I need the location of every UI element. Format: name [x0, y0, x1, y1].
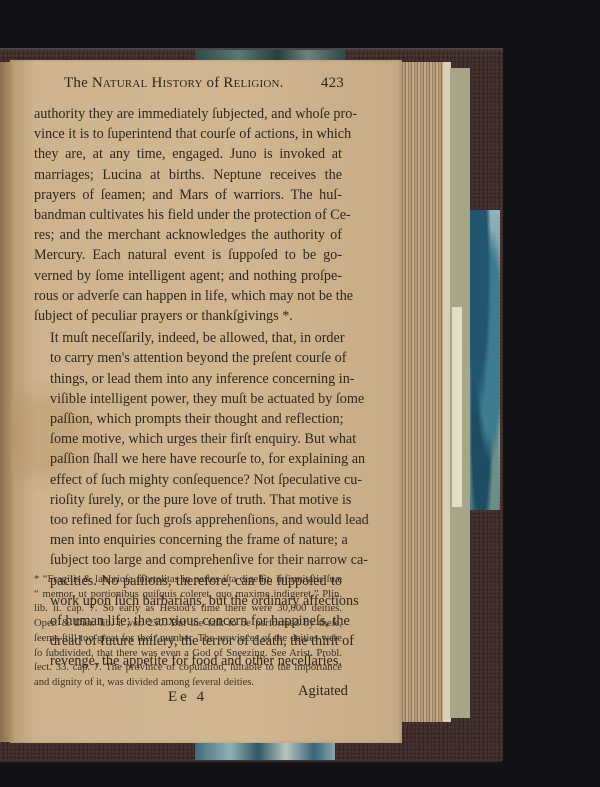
- book-photo: The Natural History of Religion. 423 aut…: [0, 0, 600, 787]
- text-line: rioſity ſurely, or the pure love of trut…: [34, 490, 342, 510]
- marbled-paper-side: [468, 210, 500, 510]
- signature-mark: Ee 4: [168, 689, 207, 706]
- text-line: viſible intelligent power, they muſt be …: [34, 389, 342, 409]
- page-number: 423: [321, 75, 344, 92]
- marbled-paper-bottom: [195, 743, 335, 760]
- footnote-line: Oper. & Dier. lib. i. ver. 250. But the …: [34, 617, 342, 632]
- footnote-line: ſo ſubdivided, that there was even a God…: [34, 647, 342, 662]
- text-line: vince it is to ſuperintend that courſe o…: [34, 124, 342, 144]
- text-line: ſubject of peculiar prayers or thankſgiv…: [34, 306, 342, 326]
- text-line: authority they are immediately ſubjected…: [34, 104, 342, 124]
- page-gutter: [0, 62, 14, 742]
- text-line: too refined for ſuch groſs apprehenſions…: [34, 510, 342, 530]
- footnote-line: “ memor, ut portionibus quiſquis coleret…: [34, 588, 342, 603]
- text-line: res; and the merchant acknowledges the a…: [34, 225, 342, 245]
- text-line: rous or adverſe can happen in life, whic…: [34, 286, 342, 306]
- paragraph-1: authority they are immediately ſubjected…: [34, 104, 342, 326]
- page-edges: [397, 62, 447, 722]
- text-line: ſome motive, which urges their firſt enq…: [34, 429, 342, 449]
- text-line: verned by ſome intelligent agent; and no…: [34, 266, 342, 286]
- text-line: marriages; Lucina at births. Neptune rec…: [34, 165, 342, 185]
- footnote-line: lib. ii. cap. 7. So early as Hesiod's ti…: [34, 602, 342, 617]
- text-line: to carry men's attention beyond the preſ…: [34, 348, 342, 368]
- text-line: they are, at any time, engaged. Juno is …: [34, 144, 342, 164]
- text-line: things, or lead them into any inference …: [34, 369, 342, 389]
- text-line: bandman cultivates his field under the p…: [34, 205, 342, 225]
- running-head: The Natural History of Religion. 423: [64, 75, 344, 92]
- text-line: paſſion ſhall we here have recourſe to, …: [34, 449, 342, 469]
- text-line: paſſion, which prompts their thought and…: [34, 409, 342, 429]
- footnote-line: ſeems ſtill too great for their number. …: [34, 632, 342, 647]
- text-line: effect of ſuch mighty conſequence? Not ſ…: [34, 470, 342, 490]
- text-line: prayers of ſeamen; and Mars of warriors.…: [34, 185, 342, 205]
- footnote: * “Fragilis & laborioſa mortalitas in pa…: [34, 573, 342, 691]
- text-line: ſubject too large and comprehenſive for …: [34, 550, 342, 570]
- text-line: It muſt neceſſarily, indeed, be allowed,…: [34, 328, 342, 348]
- footnote-line: ſect. 33. cap. 7. The province of copula…: [34, 661, 342, 676]
- running-head-title: The Natural History of Religion.: [64, 75, 284, 92]
- text-line: Mercury. Each natural event is ſuppoſed …: [34, 245, 342, 265]
- footnote-line: * “Fragilis & laborioſa mortalitas in pa…: [34, 573, 342, 588]
- catchword: Agitated: [298, 683, 348, 700]
- bookmark-slip: [452, 307, 462, 507]
- text-line: men into enquiries concerning the frame …: [34, 530, 342, 550]
